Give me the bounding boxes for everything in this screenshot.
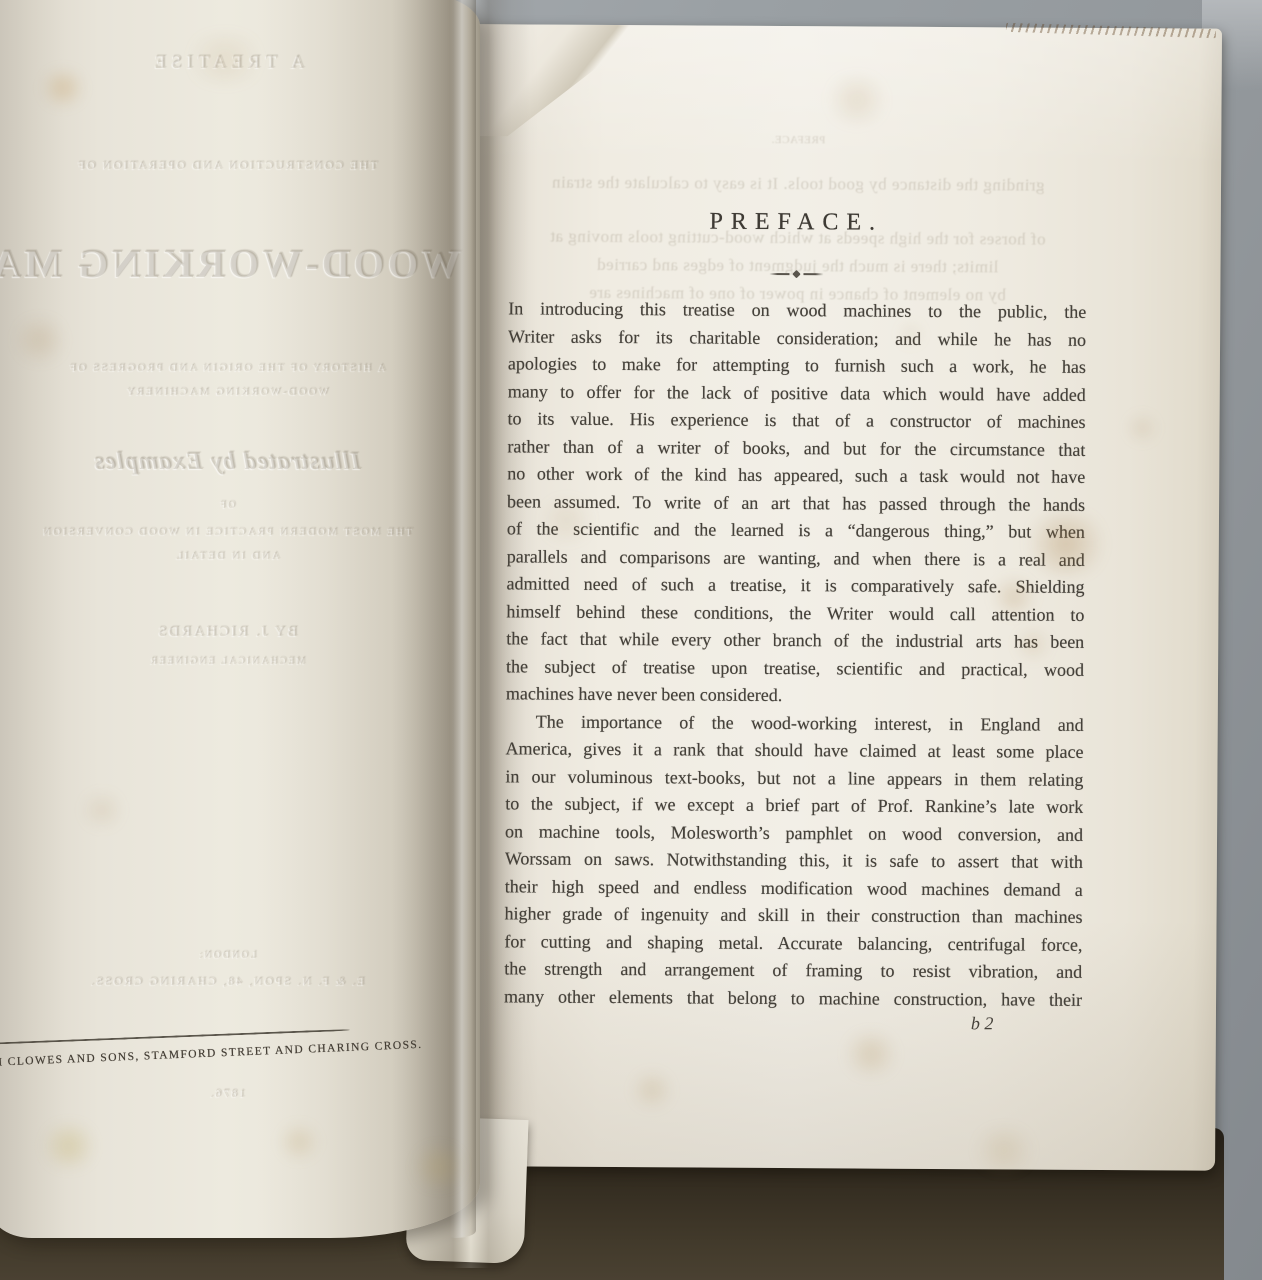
deckle-edge: [1006, 23, 1216, 38]
ghost-title-line: A HISTORY OF THE ORIGIN AND PROGRESS OF: [0, 362, 462, 374]
text-line: In introducing this treatise on wood mac…: [508, 295, 1086, 326]
text-line: rather than of a writer of books, and bu…: [507, 433, 1085, 464]
ornament-diamond: [792, 270, 800, 278]
text-line: their high speed and endless modificatio…: [505, 873, 1083, 904]
signature-mark: b 2: [971, 1013, 994, 1034]
text-line: Writer asks for its charitable considera…: [508, 323, 1086, 354]
left-page: A TREATISE THE CONSTRUCTION AND OPERATIO…: [0, 0, 480, 1238]
printer-imprint: AM CLOWES AND SONS, STAMFORD STREET AND …: [0, 1039, 423, 1069]
ornament-line-right: [803, 273, 823, 275]
ghost-title-line: OF: [0, 500, 462, 511]
imprint-rule: [0, 1029, 350, 1045]
text-line: to the subject, if we except a brief par…: [505, 790, 1083, 821]
text-line: parallels and comparisons are wanting, a…: [507, 543, 1085, 574]
text-line: been assumed. To write of an art that ha…: [507, 488, 1085, 519]
ghost-title-line: AND IN DETAIL: [0, 550, 462, 562]
text-line: higher grade of ingenuity and skill in t…: [504, 900, 1082, 931]
ghost-title-line: Illustrated by Examples: [0, 448, 462, 476]
ghost-year: 1876.: [0, 1086, 462, 1101]
ghost-title-line: A TREATISE: [0, 52, 462, 74]
text-line: for cutting and shaping metal. Accurate …: [504, 928, 1082, 959]
ghost-title-line: THE CONSTRUCTION AND OPERATION OF: [0, 158, 462, 173]
text-line: in our voluminous text-books, but not a …: [505, 763, 1083, 794]
ghost-title-line: LONDON:: [0, 950, 462, 961]
ornament-line-left: [769, 273, 789, 275]
ghost-title-line: E. & F. N. SPON, 48, CHARING CROSS.: [0, 974, 462, 989]
preface-body: In introducing this treatise on wood mac…: [504, 295, 1086, 1014]
text-line: The importance of the wood-working inter…: [506, 708, 1084, 739]
page-crease: [451, 24, 652, 137]
ghost-title-line: WOOD-WORKING MA: [0, 240, 462, 287]
right-page: PREFACE. grinding the distance by good t…: [445, 24, 1222, 1171]
text-line: of the scientific and the learned is a “…: [507, 515, 1085, 546]
text-line: himself behind these conditions, the Wri…: [506, 598, 1084, 629]
text-line: machines have never been considered.: [506, 680, 1084, 711]
text-line: America, gives it a rank that should hav…: [505, 735, 1083, 766]
text-line: to its value. His experience is that of …: [508, 405, 1086, 436]
text-line: the strength and arrangement of framing …: [504, 955, 1082, 986]
page-title: PREFACE.: [509, 207, 1084, 238]
book-photo: PREFACE. grinding the distance by good t…: [0, 0, 1262, 1280]
text-line: no other work of the kind has appeared, …: [507, 460, 1085, 491]
text-line: admitted need of such a treatise, it is …: [506, 570, 1084, 601]
ghost-title-line: MECHANICAL ENGINEER: [0, 656, 462, 667]
ghost-line: grinding the distance by good tools. It …: [509, 172, 1087, 196]
ghost-title-line: BY J. RICHARDS: [0, 624, 462, 641]
text-line: on machine tools, Molesworth’s pamphlet …: [505, 818, 1083, 849]
text-line: the fact that while every other branch o…: [506, 625, 1084, 656]
text-line: apologies to make for attempting to furn…: [508, 350, 1086, 381]
ghost-line: PREFACE.: [509, 132, 1087, 148]
ghost-title-line: THE MOST MODERN PRACTICE IN WOOD CONVERS…: [0, 526, 462, 538]
text-line: Worssam on saws. Notwithstanding this, i…: [505, 845, 1083, 876]
text-line: many to offer for the lack of positive d…: [508, 378, 1086, 409]
ghost-title-line: WOOD-WORKING MACHINERY: [0, 386, 462, 398]
text-line: many other elements that belong to machi…: [504, 983, 1082, 1014]
text-line: the subject of treatise upon treatise, s…: [506, 653, 1084, 684]
